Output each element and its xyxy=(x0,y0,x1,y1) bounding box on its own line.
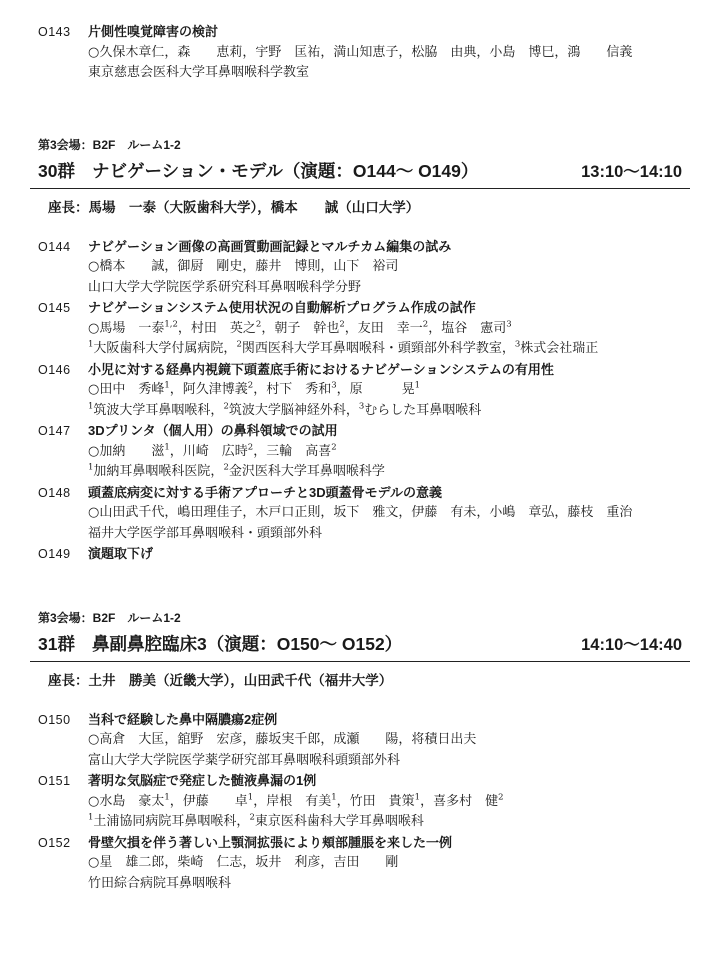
program-item: O147 3Dプリンタ（個人用）の鼻科領域での試用 ○加納 滋1，川崎 広時2，… xyxy=(38,421,682,483)
program-item: O151 著明な気脳症で発症した髄液鼻漏の1例 ○水島 豪太1，伊藤 卓1，岸根… xyxy=(38,771,682,833)
program-item: O143 片側性嗅覚障害の検討 ○久保木章仁，森 恵莉，宇野 匡祐，満山知恵子，… xyxy=(38,22,682,84)
item-affiliation: 東京慈恵会医科大学耳鼻咽喉科学教室 xyxy=(88,63,682,84)
item-body: 演題取下げ xyxy=(88,544,682,565)
item-code: O145 xyxy=(38,298,88,319)
item-code: O149 xyxy=(38,544,88,565)
item-code: O143 xyxy=(38,22,88,43)
program-item: O152 骨壁欠損を伴う著しい上顎洞拡張により頬部腫脹を来した一例 ○星 雄二郎… xyxy=(38,833,682,895)
venue-label: 第3会場：B2F ルーム1-2 xyxy=(38,609,682,627)
item-code: O147 xyxy=(38,421,88,442)
program-item: O144 ナビゲーション画像の高画質動画記録とマルチカム編集の試み ○橋本 誠，… xyxy=(38,237,682,299)
group-header: 31群 鼻副鼻腔臨床3（演題：O150～ O152） 14:10～14:40 xyxy=(38,631,682,656)
header-divider xyxy=(30,188,690,189)
program-item: O150 当科で経験した鼻中隔膿瘍2症例 ○高倉 大匡，舘野 宏彦，藤坂実千郎，… xyxy=(38,710,682,772)
program-item: O146 小児に対する経鼻内視鏡下頭蓋底手術におけるナビゲーションシステムの有用… xyxy=(38,360,682,422)
item-code: O152 xyxy=(38,833,88,854)
session-sections: 第3会場：B2F ルーム1-2 30群 ナビゲーション・モデル（演題：O144～… xyxy=(38,136,682,895)
group-title: ナビゲーション・モデル（演題：O144～ O149） xyxy=(92,158,581,183)
item-title: 頭蓋底病変に対する手術アプローチと3D頭蓋骨モデルの意義 xyxy=(88,483,682,504)
item-title: 骨壁欠損を伴う著しい上顎洞拡張により頬部腫脹を来した一例 xyxy=(88,833,682,854)
item-affiliation: 1大阪歯科大学付属病院，2関西医科大学耳鼻咽喉科・頭頸部外科学教室，3株式会社瑞… xyxy=(88,339,682,360)
group-time: 14:10～14:40 xyxy=(581,631,682,655)
program-item: O149 演題取下げ xyxy=(38,544,682,565)
group-number: 31群 xyxy=(38,631,75,656)
item-affiliation: 1筑波大学耳鼻咽喉科，2筑波大学脳神経外科，3むらした耳鼻咽喉科 xyxy=(88,401,682,422)
item-body: ナビゲーションシステム使用状況の自動解析プログラム作成の試作 ○馬場 一泰1,2… xyxy=(88,298,682,360)
item-body: 小児に対する経鼻内視鏡下頭蓋底手術におけるナビゲーションシステムの有用性 ○田中… xyxy=(88,360,682,422)
item-body: 著明な気脳症で発症した髄液鼻漏の1例 ○水島 豪太1，伊藤 卓1，岸根 有美1，… xyxy=(88,771,682,833)
header-divider xyxy=(30,661,690,662)
program-item: O148 頭蓋底病変に対する手術アプローチと3D頭蓋骨モデルの意義 ○山田武千代… xyxy=(38,483,682,545)
item-body: 頭蓋底病変に対する手術アプローチと3D頭蓋骨モデルの意義 ○山田武千代，嶋田理佳… xyxy=(88,483,682,545)
item-body: 骨壁欠損を伴う著しい上顎洞拡張により頬部腫脹を来した一例 ○星 雄二郎，柴崎 仁… xyxy=(88,833,682,895)
chairs-line: 座長：馬場 一泰（大阪歯科大学），橋本 誠（山口大学） xyxy=(38,198,682,217)
item-affiliation: 富山大学大学院医学薬学研究部耳鼻咽喉科頭頸部外科 xyxy=(88,751,682,772)
item-title: ナビゲーション画像の高画質動画記録とマルチカム編集の試み xyxy=(88,237,682,258)
item-title: ナビゲーションシステム使用状況の自動解析プログラム作成の試作 xyxy=(88,298,682,319)
item-authors: ○加納 滋1，川崎 広時2，三輪 高喜2 xyxy=(88,442,682,463)
item-authors: ○久保木章仁，森 恵莉，宇野 匡祐，満山知恵子，松脇 由典，小島 博巳，鴻 信義 xyxy=(88,43,682,64)
item-authors: ○星 雄二郎，柴崎 仁志，坂井 利彦，吉田 剛 xyxy=(88,853,682,874)
item-authors: ○橋本 誠，御厨 剛史，藤井 博則，山下 裕司 xyxy=(88,257,682,278)
item-body: 当科で経験した鼻中隔膿瘍2症例 ○高倉 大匡，舘野 宏彦，藤坂実千郎，成瀬 陽，… xyxy=(88,710,682,772)
session-items: O150 当科で経験した鼻中隔膿瘍2症例 ○高倉 大匡，舘野 宏彦，藤坂実千郎，… xyxy=(38,710,682,895)
item-affiliation: 山口大学大学院医学系研究科耳鼻咽喉科学分野 xyxy=(88,278,682,299)
item-code: O144 xyxy=(38,237,88,258)
item-authors: ○田中 秀峰1，阿久津博義2，村下 秀和3，原 晃1 xyxy=(88,380,682,401)
item-authors: ○山田武千代，嶋田理佳子，木戸口正則，坂下 雅文，伊藤 有未，小嶋 章弘，藤枝 … xyxy=(88,503,682,524)
item-title: 小児に対する経鼻内視鏡下頭蓋底手術におけるナビゲーションシステムの有用性 xyxy=(88,360,682,381)
orphan-items: O143 片側性嗅覚障害の検討 ○久保木章仁，森 恵莉，宇野 匡祐，満山知恵子，… xyxy=(38,22,682,84)
item-affiliation: 竹田綜合病院耳鼻咽喉科 xyxy=(88,874,682,895)
item-affiliation: 1土浦協同病院耳鼻咽喉科，2東京医科歯科大学耳鼻咽喉科 xyxy=(88,812,682,833)
group-header: 30群 ナビゲーション・モデル（演題：O144～ O149） 13:10～14:… xyxy=(38,158,682,183)
group-time: 13:10～14:10 xyxy=(581,158,682,182)
session-section: 第3会場：B2F ルーム1-2 30群 ナビゲーション・モデル（演題：O144～… xyxy=(38,136,682,565)
item-title: 著明な気脳症で発症した髄液鼻漏の1例 xyxy=(88,771,682,792)
item-body: 3Dプリンタ（個人用）の鼻科領域での試用 ○加納 滋1，川崎 広時2，三輪 高喜… xyxy=(88,421,682,483)
item-affiliation: 福井大学医学部耳鼻咽喉科・頭頸部外科 xyxy=(88,524,682,545)
item-affiliation: 1加納耳鼻咽喉科医院，2金沢医科大学耳鼻咽喉科学 xyxy=(88,462,682,483)
item-title: 片側性嗅覚障害の検討 xyxy=(88,22,682,43)
chairs-line: 座長：土井 勝美（近畿大学），山田武千代（福井大学） xyxy=(38,671,682,690)
item-authors: ○水島 豪太1，伊藤 卓1，岸根 有美1，竹田 貴策1，喜多村 健2 xyxy=(88,792,682,813)
session-items: O144 ナビゲーション画像の高画質動画記録とマルチカム編集の試み ○橋本 誠，… xyxy=(38,237,682,565)
item-authors: ○高倉 大匡，舘野 宏彦，藤坂実千郎，成瀬 陽，将積日出夫 xyxy=(88,730,682,751)
item-title: 当科で経験した鼻中隔膿瘍2症例 xyxy=(88,710,682,731)
program-item: O145 ナビゲーションシステム使用状況の自動解析プログラム作成の試作 ○馬場 … xyxy=(38,298,682,360)
item-body: ナビゲーション画像の高画質動画記録とマルチカム編集の試み ○橋本 誠，御厨 剛史… xyxy=(88,237,682,299)
item-code: O148 xyxy=(38,483,88,504)
item-authors: ○馬場 一泰1,2，村田 英之2，朝子 幹也2，友田 幸一2，塩谷 憲司3 xyxy=(88,319,682,340)
group-title: 鼻副鼻腔臨床3（演題：O150～ O152） xyxy=(92,631,581,656)
item-body: 片側性嗅覚障害の検討 ○久保木章仁，森 恵莉，宇野 匡祐，満山知恵子，松脇 由典… xyxy=(88,22,682,84)
group-number: 30群 xyxy=(38,158,75,183)
item-title: 3Dプリンタ（個人用）の鼻科領域での試用 xyxy=(88,421,682,442)
session-section: 第3会場：B2F ルーム1-2 31群 鼻副鼻腔臨床3（演題：O150～ O15… xyxy=(38,609,682,895)
item-code: O150 xyxy=(38,710,88,731)
venue-label: 第3会場：B2F ルーム1-2 xyxy=(38,136,682,154)
item-title: 演題取下げ xyxy=(88,544,682,565)
item-code: O151 xyxy=(38,771,88,792)
item-code: O146 xyxy=(38,360,88,381)
conference-program-page: O143 片側性嗅覚障害の検討 ○久保木章仁，森 恵莉，宇野 匡祐，満山知恵子，… xyxy=(0,0,718,966)
